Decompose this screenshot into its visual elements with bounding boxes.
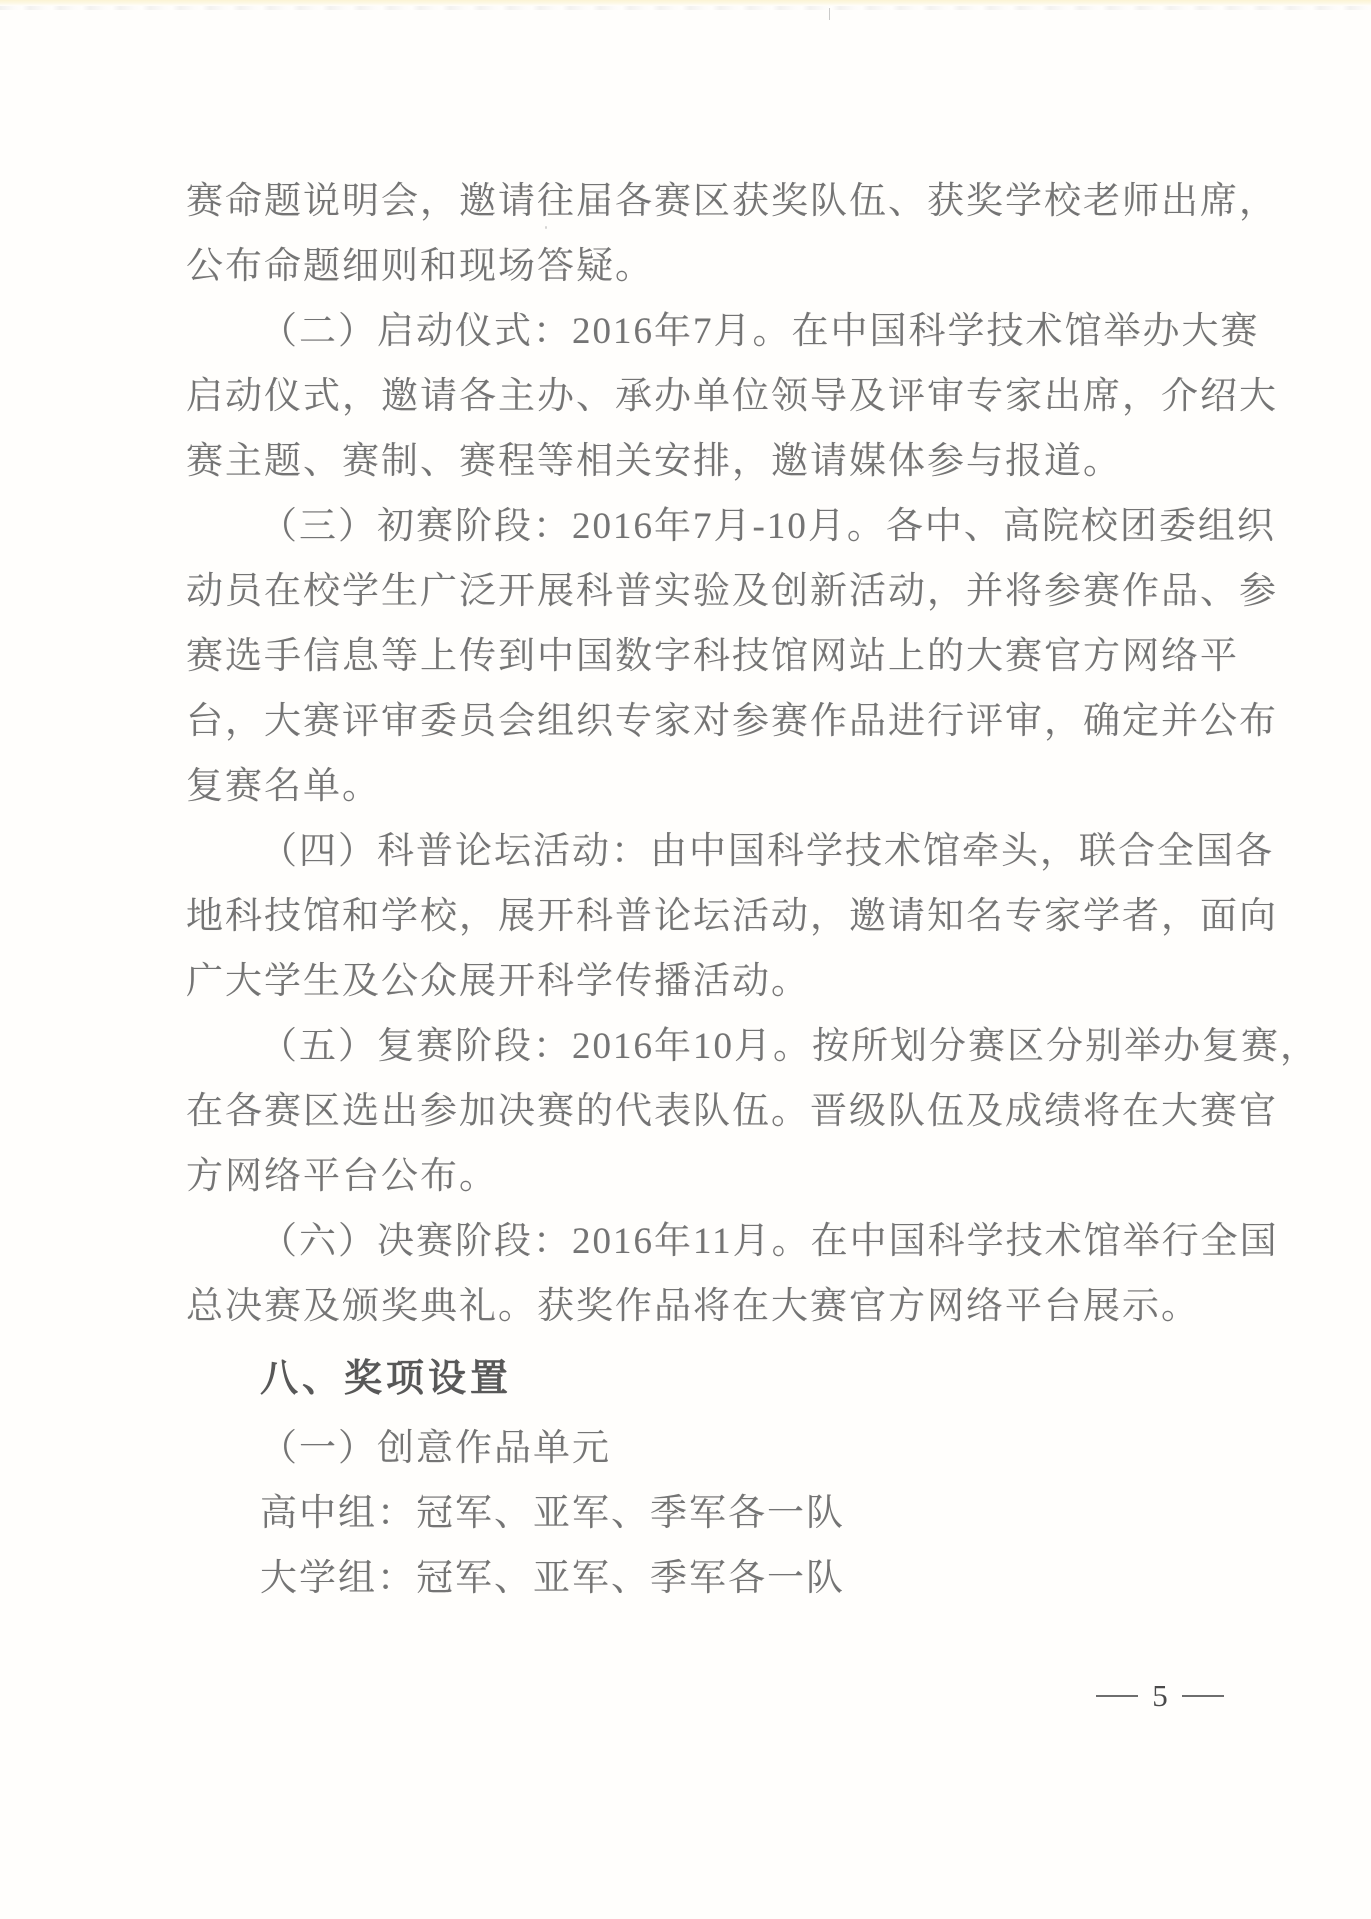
scan-scallop-artifact — [0, 6, 1371, 10]
text-line: 动员在校学生广泛开展科普实验及创新活动，并将参赛作品、参 — [186, 559, 1238, 624]
text-line: （四）科普论坛活动：由中国科学技术馆牵头，联合全国各 — [186, 819, 1238, 884]
text-line: 总决赛及颁奖典礼。获奖作品将在大赛官方网络平台展示。 — [186, 1274, 1238, 1339]
page-number: 5 — [1080, 1678, 1240, 1714]
text-line: 公布命题细则和现场答疑。 — [186, 234, 1238, 299]
text-line: 赛选手信息等上传到中国数字科技馆网站上的大赛官方网络平 — [186, 624, 1238, 689]
scan-tick-artifact — [829, 8, 830, 20]
text-line: （六）决赛阶段：2016年11月。在中国科学技术馆举行全国 — [186, 1209, 1238, 1274]
text-line: 复赛名单。 — [186, 754, 1238, 819]
text-line: 方网络平台公布。 — [186, 1144, 1238, 1209]
text-line: 大学组：冠军、亚军、季军各一队 — [186, 1546, 1238, 1611]
text-line: （五）复赛阶段：2016年10月。按所划分赛区分别举办复赛， — [186, 1014, 1238, 1079]
text-line: 在各赛区选出参加决赛的代表队伍。晋级队伍及成绩将在大赛官 — [186, 1079, 1238, 1144]
text-line: 赛命题说明会，邀请往届各赛区获奖队伍、获奖学校老师出席， — [186, 169, 1238, 234]
text-line: （一）创意作品单元 — [186, 1416, 1238, 1481]
text-line: 地科技馆和学校，展开科普论坛活动，邀请知名专家学者，面向 — [186, 884, 1238, 949]
section-heading: 八、奖项设置 — [186, 1347, 1238, 1412]
text-line: 台，大赛评审委员会组织专家对参赛作品进行评审，确定并公布 — [186, 689, 1238, 754]
text-line: 赛主题、赛制、赛程等相关安排，邀请媒体参与报道。 — [186, 429, 1238, 494]
document-page: 赛命题说明会，邀请往届各赛区获奖队伍、获奖学校老师出席， 公布命题细则和现场答疑… — [186, 169, 1238, 1611]
text-line: 高中组：冠军、亚军、季军各一队 — [186, 1481, 1238, 1546]
page-number-dash-left — [1096, 1695, 1138, 1697]
text-line: 启动仪式，邀请各主办、承办单位领导及评审专家出席，介绍大 — [186, 364, 1238, 429]
page-number-value: 5 — [1152, 1678, 1168, 1714]
page-number-dash-right — [1182, 1695, 1224, 1697]
text-line: （二）启动仪式：2016年7月。在中国科学技术馆举办大赛 — [186, 299, 1238, 364]
text-line: （三）初赛阶段：2016年7月-10月。各中、高院校团委组织 — [186, 494, 1238, 559]
text-line: 广大学生及公众展开科学传播活动。 — [186, 949, 1238, 1014]
